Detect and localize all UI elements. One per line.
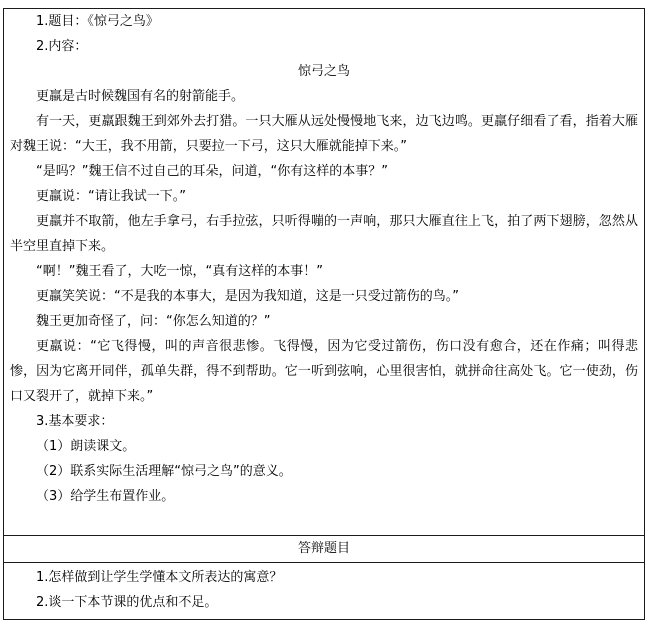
story-paragraph: 魏王更加奇怪了，问：“你怎么知道的？” — [10, 309, 638, 334]
story-paragraph: 更羸并不取箭，他左手拿弓，右手拉弦，只听得嘣的一声响，那只大雁直往上飞，拍了两下… — [10, 209, 638, 259]
requirement-item: （2）联系实际生活理解“惊弓之鸟”的意义。 — [10, 459, 638, 484]
content-label: 2.内容： — [10, 34, 638, 59]
story-paragraph: “是吗？”魏王信不过自己的耳朵，问道，“你有这样的本事？” — [10, 159, 638, 184]
defense-header-title: 答辩题目 — [298, 541, 350, 556]
story-paragraph: “啊！”魏王看了，大吃一惊，“真有这样的本事！” — [10, 259, 638, 284]
question-title-line: 1.题目：《惊弓之鸟》 — [10, 9, 638, 34]
requirements-label: 3.基本要求： — [10, 409, 638, 434]
story-paragraph: 更羸笑笑说：“不是我的本事大，是因为我知道，这是一只受过箭伤的鸟。” — [10, 284, 638, 309]
story-paragraph: 更羸是古时候魏国有名的射箭能手。 — [10, 84, 638, 109]
story-paragraph: 更羸说：“请让我试一下。” — [10, 184, 638, 209]
story-title: 惊弓之鸟 — [10, 59, 638, 84]
defense-questions-cell: 1.怎样做到让学生学懂本文所表达的寓意？ 2.谈一下本节课的优点和不足。 — [4, 563, 644, 619]
requirement-item: （1）朗读课文。 — [10, 434, 638, 459]
requirement-item: （3）给学生布置作业。 — [10, 484, 638, 509]
document-page: 1.题目：《惊弓之鸟》 2.内容： 惊弓之鸟 更羸是古时候魏国有名的射箭能手。 … — [0, 0, 650, 628]
defense-question: 2.谈一下本节课的优点和不足。 — [10, 590, 638, 615]
story-paragraph: 有一天，更羸跟魏王到郊外去打猎。一只大雁从远处慢慢地飞来，边飞边鸣。更羸仔细看了… — [10, 109, 638, 159]
story-paragraph: 更羸说：“它飞得慢，叫的声音很悲惨。飞得慢，因为它受过箭伤，伤口没有愈合，还在作… — [10, 334, 638, 409]
exam-task-table: 1.题目：《惊弓之鸟》 2.内容： 惊弓之鸟 更羸是古时候魏国有名的射箭能手。 … — [3, 8, 645, 620]
defense-header-row: 答辩题目 — [4, 535, 644, 563]
defense-question: 1.怎样做到让学生学懂本文所表达的寓意？ — [10, 565, 638, 590]
task-main-cell: 1.题目：《惊弓之鸟》 2.内容： 惊弓之鸟 更羸是古时候魏国有名的射箭能手。 … — [4, 9, 644, 535]
